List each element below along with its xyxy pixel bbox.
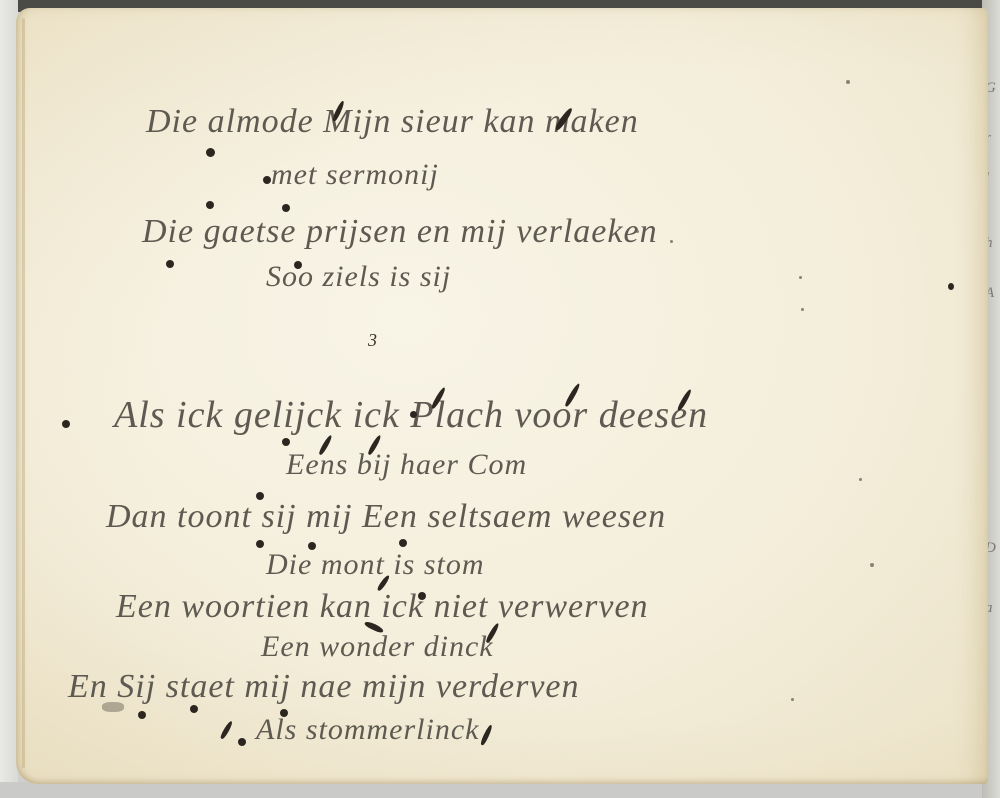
ink-blot bbox=[206, 148, 215, 157]
ink-blot bbox=[399, 539, 407, 547]
poem-line: Die mont is stom bbox=[266, 548, 485, 582]
ink-blot bbox=[138, 711, 146, 719]
ink-blot bbox=[206, 201, 214, 209]
paper-speck bbox=[870, 563, 874, 567]
ink-blot bbox=[263, 176, 271, 184]
poem-line: Dan toont sij mij Een seltsaem weesen bbox=[106, 498, 666, 536]
paper-speck bbox=[799, 276, 802, 279]
paper-speck bbox=[801, 308, 804, 311]
paper-speck bbox=[670, 240, 673, 243]
poem-line: Als stommerlinck bbox=[256, 713, 479, 747]
ink-blot bbox=[256, 492, 264, 500]
poem-line: Een wonder dinck bbox=[261, 630, 494, 664]
scan-background-bottom bbox=[0, 782, 1000, 798]
ink-blot bbox=[282, 204, 290, 212]
ink-stroke bbox=[480, 724, 494, 746]
poem-line: Een woortien kan ick niet verwerven bbox=[116, 588, 649, 626]
ink-blot bbox=[308, 542, 316, 550]
poem-line: En Sij staet mij nae mijn verderven bbox=[68, 668, 580, 706]
ink-blot bbox=[190, 705, 198, 713]
poem-line: Die gaetse prijsen en mij verlaeken bbox=[142, 213, 658, 251]
ink-blot bbox=[948, 283, 954, 290]
ink-blot bbox=[166, 260, 174, 268]
ink-blot bbox=[418, 592, 426, 600]
ink-smudge bbox=[102, 702, 124, 712]
ink-blot bbox=[410, 411, 417, 418]
ink-stroke bbox=[219, 720, 233, 740]
ink-blot bbox=[294, 261, 302, 269]
paper-speck bbox=[859, 478, 862, 481]
ink-blot bbox=[256, 540, 264, 548]
ink-blot bbox=[282, 438, 290, 446]
paper-speck bbox=[791, 698, 794, 701]
ink-blot bbox=[62, 420, 70, 428]
ink-blot bbox=[280, 709, 288, 717]
manuscript-page: Die almode Mijn sieur kan maken met serm… bbox=[16, 8, 988, 784]
paper-speck bbox=[846, 80, 850, 84]
ink-blot bbox=[238, 738, 246, 746]
poem-line: met sermonij bbox=[271, 158, 439, 192]
paper-speck bbox=[636, 230, 639, 233]
page-number: 3 bbox=[368, 330, 377, 351]
